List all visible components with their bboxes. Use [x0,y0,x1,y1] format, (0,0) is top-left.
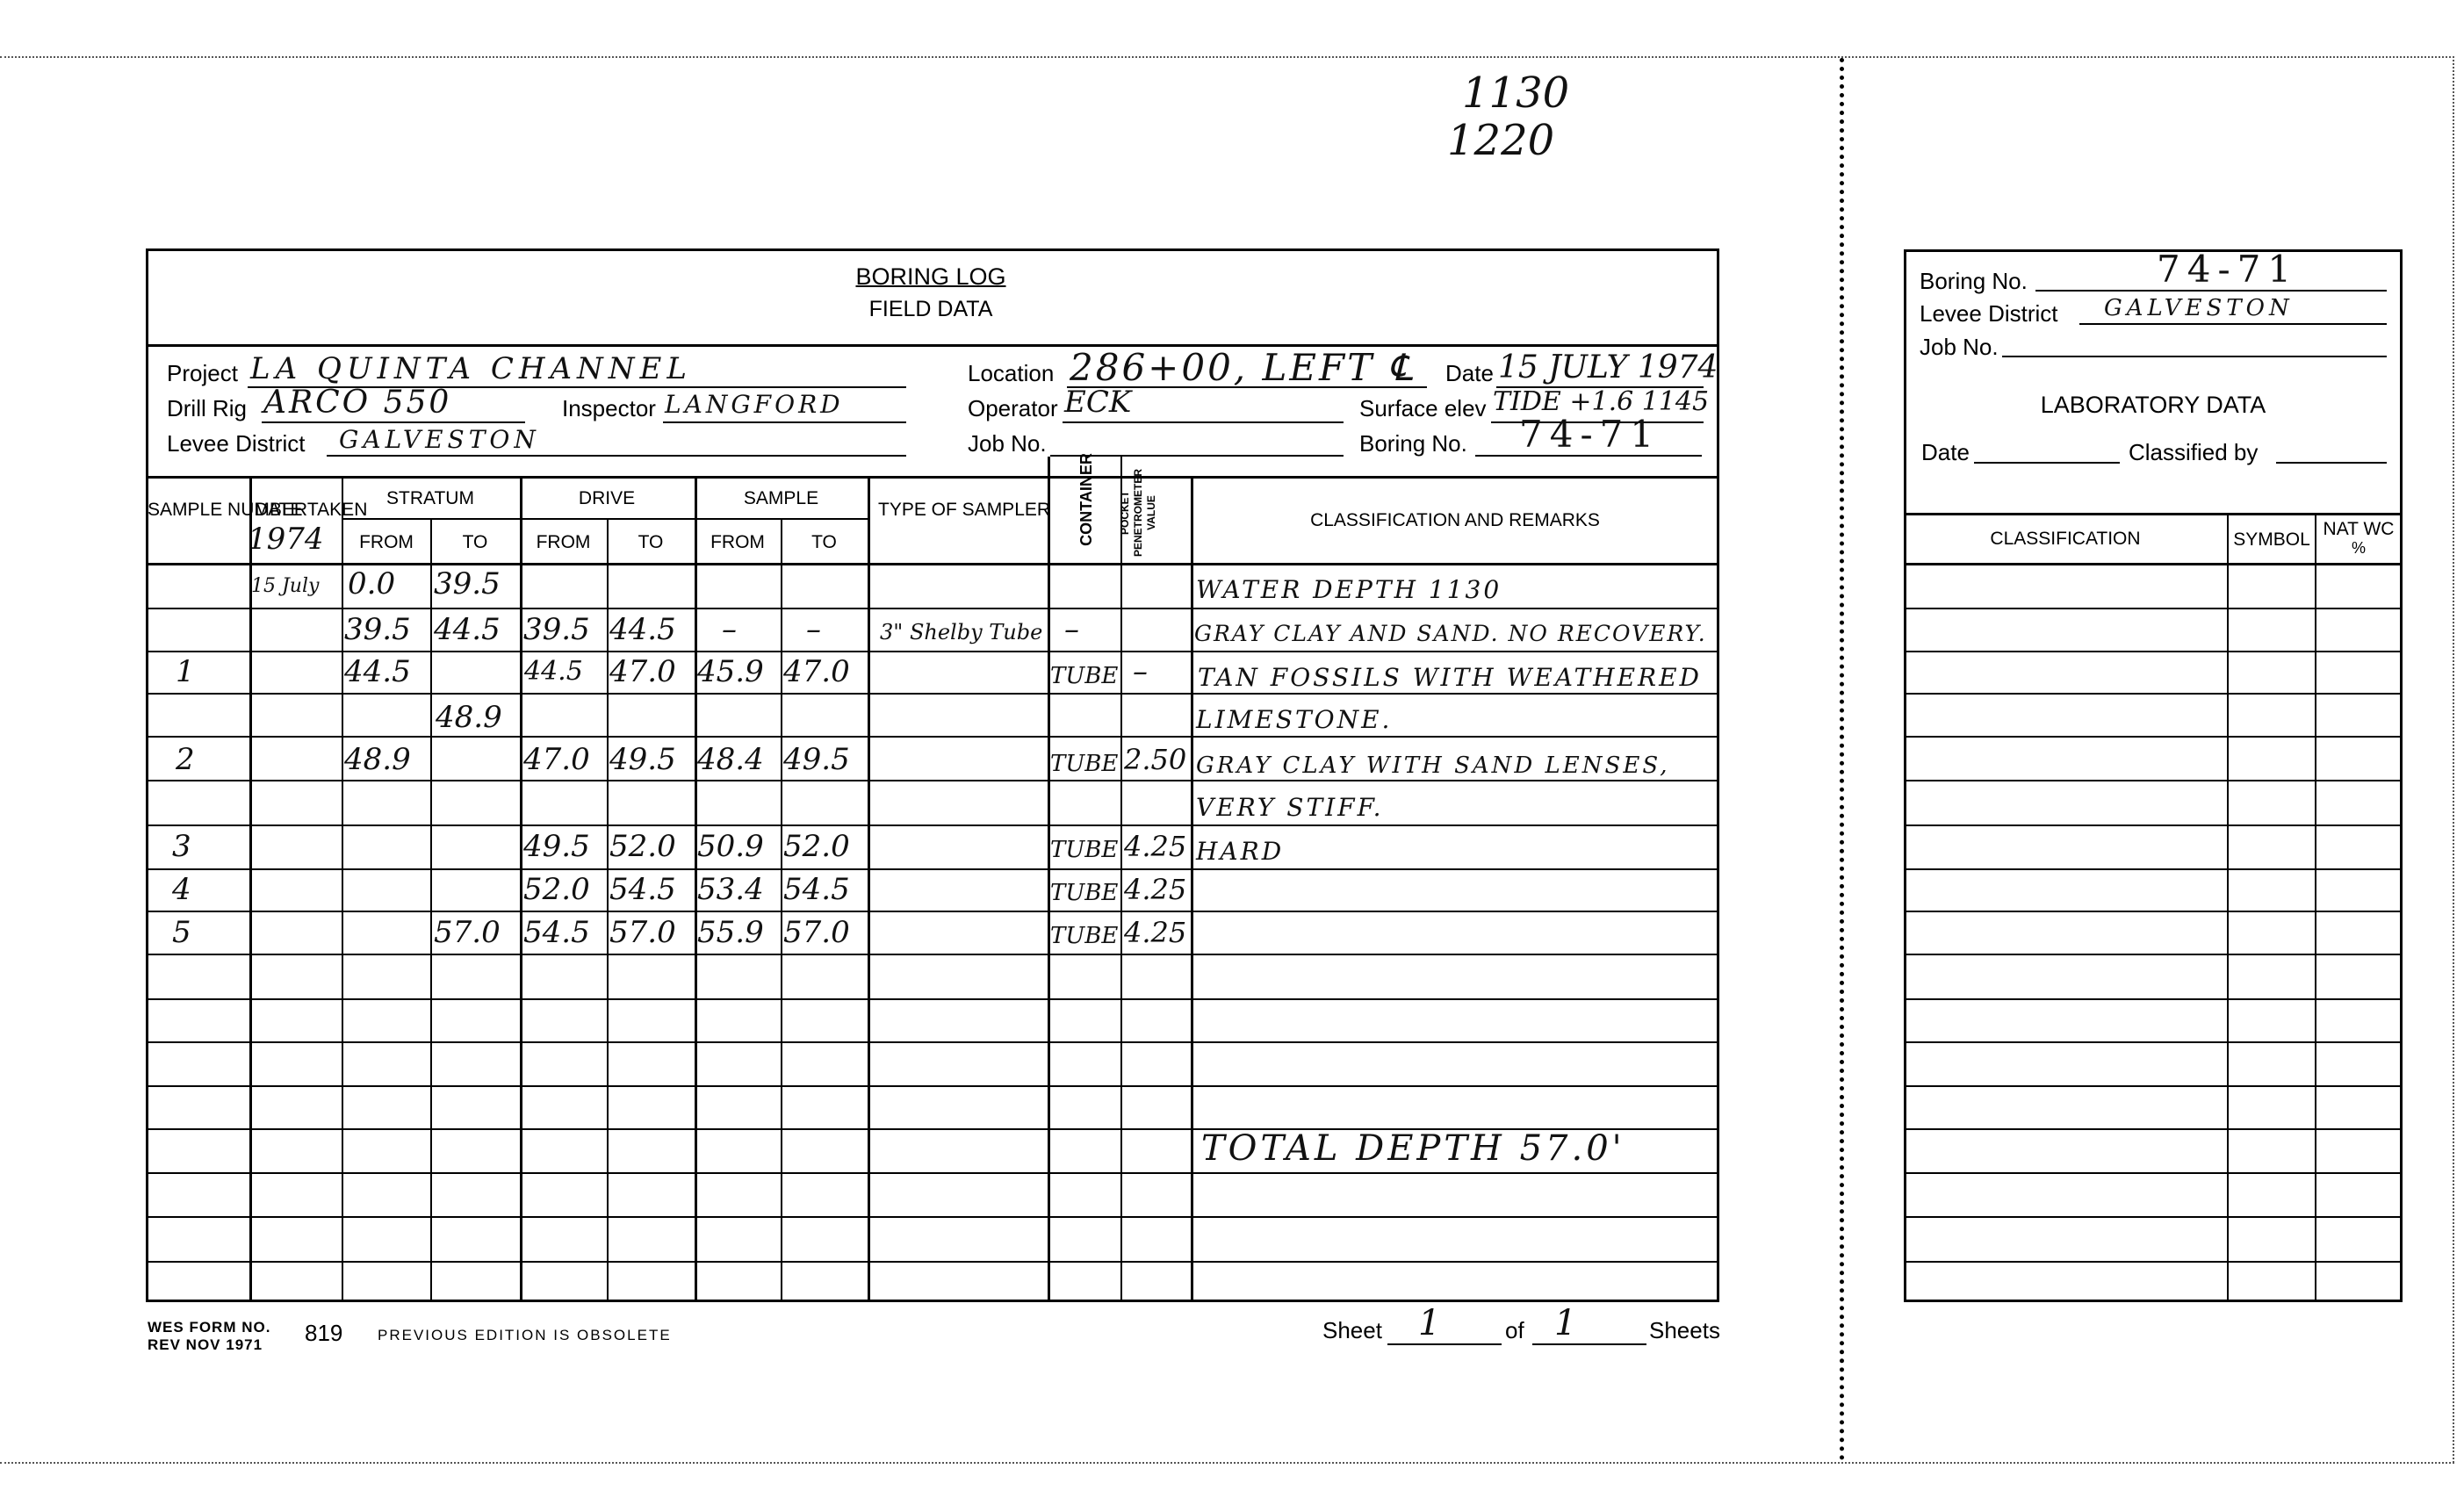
row-6-sample-from[interactable]: 50.9 [697,829,764,864]
row-4-stratum-from[interactable]: 48.9 [344,742,411,777]
drill-rig-value[interactable]: ARCO 550 [263,385,451,421]
row-4-sample-from[interactable]: 48.4 [697,742,764,777]
row-line [146,998,1719,1000]
col-drive-from: FROM [520,531,607,553]
date-label: Date [1445,360,1494,387]
lab-title: LABORATORY DATA [1904,392,2403,419]
row-0-stratum-from[interactable]: 0.0 [348,566,395,601]
boring-no-underline [1475,455,1702,457]
row-4-penetrometer[interactable]: 2.50 [1124,742,1186,777]
row-2-remarks[interactable]: TAN FOSSILS WITH WEATHERED [1198,660,1702,695]
lab-levee-district-value[interactable]: GALVESTON [2104,295,2294,321]
of-label: of [1505,1317,1524,1344]
row-line [146,736,1719,738]
operator-label: Operator [968,395,1058,422]
obsolete-note: PREVIOUS EDITION IS OBSOLETE [378,1327,672,1344]
lab-levee-district-label: Levee District [1920,300,2058,328]
sheet-underline [1387,1343,1502,1345]
row-8-sample-to[interactable]: 57.0 [783,915,850,950]
row-1-sample-from[interactable]: – [722,612,737,647]
location-value[interactable]: 286+00, LEFT ℄ [1070,346,1416,389]
row-line [146,1216,1719,1218]
date-value[interactable]: 15 JULY 1974 [1498,349,1718,385]
lab-row-line [1904,825,2403,826]
col-type-of-sampler: TYPE OF SAMPLER [878,499,1036,521]
col-classification-remarks: CLASSIFICATION AND REMARKS [1192,509,1718,531]
row-7-penetrometer[interactable]: 4.25 [1124,872,1186,907]
lab-divider-v1 [2227,513,2229,1302]
row-line [146,825,1719,826]
inspector-label: Inspector [562,395,656,422]
row-0-stratum-to[interactable]: 39.5 [434,566,501,601]
form-number-label: WES FORM NO. [148,1319,270,1336]
lab-col-header-bottom [1904,563,2403,565]
project-value[interactable]: LA QUINTA CHANNEL [250,351,692,386]
row-2-container[interactable]: TUBE [1050,659,1118,694]
fields-divider [146,476,1719,479]
divider-v11 [1191,476,1193,1302]
divider-v8 [868,476,870,1302]
row-0-remarks[interactable]: WATER DEPTH 1130 [1196,572,1502,608]
row-1-drive-from[interactable]: 39.5 [523,612,590,647]
row-4-drive-to[interactable]: 49.5 [609,742,676,777]
boring-no-label: Boring No. [1359,430,1467,457]
row-1-stratum-from[interactable]: 39.5 [344,612,411,647]
col-drive-to: TO [607,531,695,553]
row-1-sampler[interactable]: 3" Shelby Tube [880,615,1042,650]
row-line [146,1172,1719,1174]
row-6-sample-to[interactable]: 52.0 [783,829,850,864]
classified-by-underline[interactable] [2276,462,2387,464]
row-5-remarks[interactable]: VERY STIFF. [1196,790,1384,825]
lab-row-line [1904,1085,2403,1087]
title-divider [146,344,1719,347]
total-sheets[interactable]: 1 [1554,1303,1576,1343]
sheets-label: Sheets [1649,1317,1720,1344]
row-6-drive-to[interactable]: 52.0 [609,829,676,864]
row-4-sample-number[interactable]: 2 [176,742,195,777]
row-7-sample-number[interactable]: 4 [172,872,191,907]
row-line [146,1085,1719,1087]
row-8-drive-from[interactable]: 54.5 [523,915,590,950]
col-drive: DRIVE [520,487,694,509]
row-4-remarks[interactable]: GRAY CLAY WITH SAND LENSES, [1196,748,1669,783]
row-4-container[interactable]: TUBE [1050,746,1118,781]
row-6-sample-number[interactable]: 3 [172,829,191,864]
lab-row-line [1904,1261,2403,1263]
lab-divider-v2 [2315,513,2316,1302]
boring-no-value[interactable]: 74-71 [1519,413,1661,456]
total-depth-remark[interactable]: TOTAL DEPTH 57.0' [1201,1131,1625,1166]
drill-rig-label: Drill Rig [167,395,247,422]
project-label: Project [167,360,238,387]
levee-district-label: Levee District [167,430,306,457]
row-2-drive-from[interactable]: 44.5 [524,654,583,689]
form-subtitle: FIELD DATA [790,297,1071,322]
lab-row-line [1904,736,2403,738]
form-title: BORING LOG [790,263,1071,291]
col-date-taken: DATE TAKEN [255,499,339,521]
lab-row-line [1904,1128,2403,1130]
lab-row-line [1904,911,2403,912]
lab-row-line [1904,1041,2403,1043]
lab-row-line [1904,954,2403,955]
operator-value[interactable]: ECK [1064,385,1131,420]
lab-row-line [1904,1172,2403,1174]
row-line [146,954,1719,955]
row-line [146,868,1719,870]
row-1-container[interactable]: – [1064,612,1079,647]
lab-row-line [1904,693,2403,695]
col-sample-number: SAMPLE NUMBER [148,499,249,521]
row-6-remarks[interactable]: HARD [1196,834,1284,869]
lab-row-line [1904,998,2403,1000]
row-7-sample-to[interactable]: 54.5 [783,872,850,907]
row-7-sample-from[interactable]: 53.4 [697,872,764,907]
row-3-remarks[interactable]: LIMESTONE. [1196,702,1392,738]
row-2-sample-from[interactable]: 45.9 [697,654,764,689]
top-note-2: 1220 [1447,116,1554,165]
row-line [146,911,1719,912]
row-8-penetrometer[interactable]: 4.25 [1124,915,1186,950]
row-6-container[interactable]: TUBE [1050,832,1118,868]
row-2-stratum-from[interactable]: 44.5 [344,654,411,689]
lab-col-symbol: SYMBOL [2228,511,2316,551]
row-1-remarks[interactable]: GRAY CLAY AND SAND. NO RECOVERY. [1194,616,1707,652]
col-stratum-from: FROM [342,531,430,553]
date-taken-year: 1974 [248,522,324,557]
levee-district-underline [327,455,906,457]
col-container: CONTAINER [1079,447,1095,552]
lab-col-nat-wc-unit: % [2316,537,2402,559]
surface-elev-label: Surface elev [1359,395,1487,422]
inspector-value[interactable]: LANGFORD [665,390,844,419]
lab-row-line [1904,651,2403,652]
row-line [146,608,1719,609]
form-revision: REV NOV 1971 [148,1336,263,1354]
row-2-sample-number[interactable]: 1 [176,654,195,689]
row-8-container[interactable]: TUBE [1050,918,1118,954]
page-bottom-edge [0,1462,2454,1464]
row-3-stratum-to[interactable]: 48.9 [436,700,502,735]
row-2-penetrometer[interactable]: – [1133,654,1148,689]
location-label: Location [968,360,1054,387]
perforation-line [1840,58,1844,1461]
job-no-label: Job No. [968,430,1047,457]
lab-boring-no-label: Boring No. [1920,268,2028,295]
lab-date-label: Date [1921,439,1970,466]
row-2-sample-to[interactable]: 47.0 [783,654,850,689]
row-8-sample-from[interactable]: 55.9 [697,915,764,950]
operator-underline [1063,421,1344,423]
lab-levee-district-underline [2079,323,2387,325]
col-sample-from: FROM [695,531,781,553]
sheet-number[interactable]: 1 [1418,1303,1440,1343]
header-bottom [146,563,1719,565]
col-sample: SAMPLE [695,487,868,509]
row-1-stratum-to[interactable]: 44.5 [434,612,501,647]
row-7-container[interactable]: TUBE [1050,875,1118,911]
classified-by-label: Classified by [2129,439,2258,466]
row-6-penetrometer[interactable]: 4.25 [1124,829,1186,864]
row-7-drive-to[interactable]: 54.5 [609,872,676,907]
row-line [146,1041,1719,1043]
divider-v10 [1120,457,1122,1302]
sheet-label: Sheet [1322,1317,1382,1344]
top-note-1: 1130 [1462,68,1569,118]
lab-boring-no-value[interactable]: 74-71 [2157,248,2298,291]
col-stratum: STRATUM [342,487,518,509]
lab-job-no-underline[interactable] [2002,356,2387,357]
row-4-drive-from[interactable]: 47.0 [523,742,590,777]
drill-rig-underline [262,421,525,423]
row-8-sample-number[interactable]: 5 [172,915,191,950]
levee-district-value[interactable]: GALVESTON [339,425,540,454]
row-4-sample-to[interactable]: 49.5 [783,742,850,777]
lab-row-line [1904,780,2403,781]
row-0-date[interactable]: 15 July [251,569,319,604]
of-underline [1532,1343,1646,1345]
lab-row-line [1904,1216,2403,1218]
row-1-sample-to[interactable]: – [806,612,821,647]
divider-v2 [342,476,343,1302]
row-8-stratum-to[interactable]: 57.0 [434,915,501,950]
subheader-divider [342,518,868,520]
lab-job-no-label: Job No. [1920,334,1999,361]
divider-v4 [520,476,522,1302]
lab-col-classification: CLASSIFICATION [1904,511,2227,550]
col-sample-to: TO [781,531,868,553]
page-right-edge [2453,56,2454,1463]
col-stratum-to: TO [430,531,520,553]
row-8-drive-to[interactable]: 57.0 [609,915,676,950]
row-1-drive-to[interactable]: 44.5 [609,612,676,647]
row-2-drive-to[interactable]: 47.0 [609,654,676,689]
form-number: 819 [305,1320,342,1347]
lab-row-line [1904,608,2403,609]
row-6-drive-from[interactable]: 49.5 [523,829,590,864]
row-7-drive-from[interactable]: 52.0 [523,872,590,907]
lab-date-underline[interactable] [1974,462,2120,464]
col-pocket-penetrometer: POCKET PENETROMETER VALUE [1119,451,1161,574]
inspector-underline [663,421,906,423]
lab-row-line [1904,868,2403,870]
row-line [146,1261,1719,1263]
page-top-edge [0,56,2454,58]
